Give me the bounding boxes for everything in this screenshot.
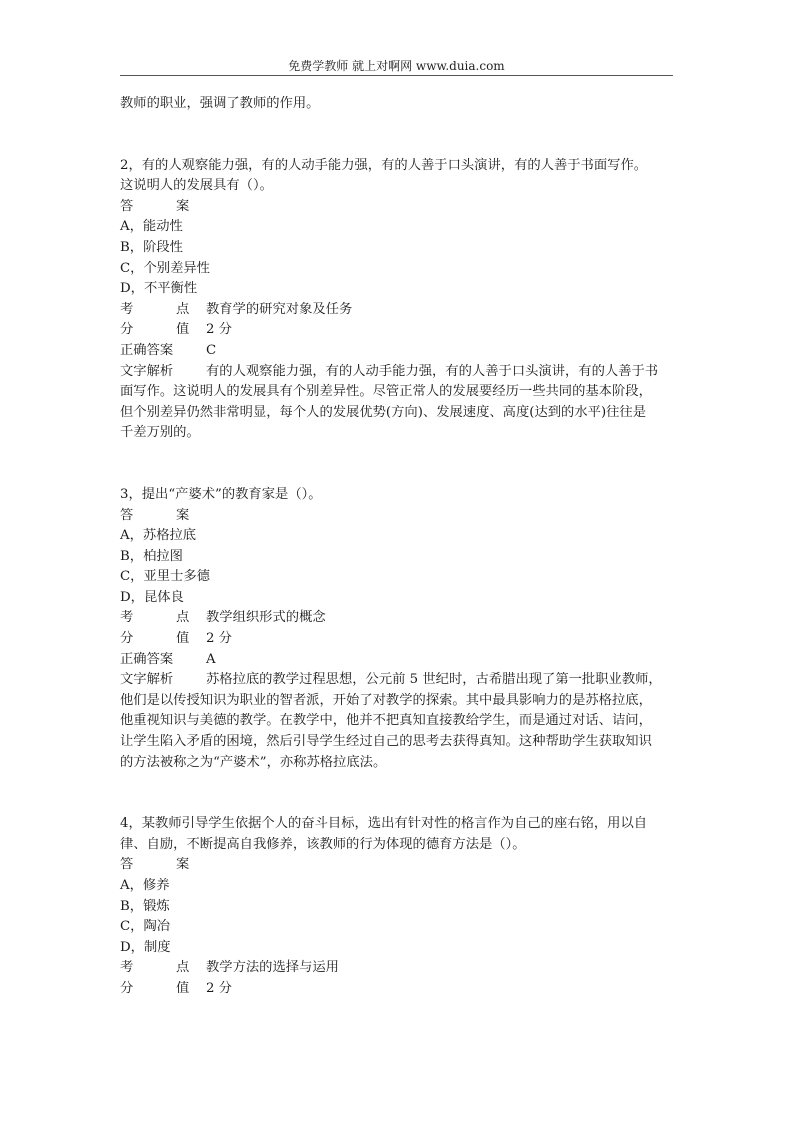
question-3: 3，提出“产婆术”的教育家是（）。 答案 A，苏格拉底 B，柏拉图 C，亚里士多… [120, 485, 676, 773]
score-label: 分值 [120, 629, 206, 650]
topic-row: 考点教学方法的选择与运用 [120, 958, 676, 979]
document-body: 教师的职业，强调了教师的作用。 2，有的人观察能力强，有的人动手能力强，有的人善… [120, 94, 676, 1000]
spacer [120, 115, 676, 156]
spacer [120, 444, 676, 485]
topic-row: 考点教育学的研究对象及任务 [120, 300, 676, 321]
question-stem: 2，有的人观察能力强，有的人动手能力强，有的人善于口头演讲，有的人善于书面写作。 [120, 156, 676, 177]
option-b: B，阶段性 [120, 238, 676, 259]
question-2: 2，有的人观察能力强，有的人动手能力强，有的人善于口头演讲，有的人善于书面写作。… [120, 156, 676, 444]
analysis-text: 苏格拉底的教学过程思想，公元前 5 世纪时，古希腊出现了第一批职业教师， [206, 672, 662, 687]
option-b: B，锻炼 [120, 897, 676, 918]
analysis-text: 但个别差异仍然非常明显，每个人的发展优势(方向)、发展速度、高度(达到的水平)往… [120, 403, 676, 424]
question-stem: 这说明人的发展具有（）。 [120, 176, 676, 197]
spacer [120, 773, 676, 814]
topic-value: 教学组织形式的概念 [206, 610, 326, 625]
topic-value: 教育学的研究对象及任务 [206, 302, 352, 317]
topic-row: 考点教学组织形式的概念 [120, 608, 676, 629]
analysis-text: 面写作。这说明人的发展具有个别差异性。尽管正常人的发展要经历一些共同的基本阶段， [120, 382, 676, 403]
option-a: A，修养 [120, 876, 676, 897]
topic-value: 教学方法的选择与运用 [206, 960, 339, 975]
option-c: C，个别差异性 [120, 259, 676, 280]
analysis-label: 文字解析 [120, 670, 206, 691]
correct-answer-value: C [206, 343, 216, 358]
score-value: 2 分 [206, 631, 232, 646]
score-label: 分值 [120, 320, 206, 341]
question-stem: 3，提出“产婆术”的教育家是（）。 [120, 485, 676, 506]
correct-answer-row: 正确答案C [120, 341, 676, 362]
correct-answer-value: A [206, 652, 216, 667]
header-divider [120, 75, 673, 76]
analysis-row: 文字解析有的人观察能力强，有的人动手能力强，有的人善于口头演讲，有的人善于书 [120, 362, 676, 383]
option-d: D，昆体良 [120, 588, 676, 609]
answer-label: 答案 [120, 855, 676, 876]
answer-label: 答案 [120, 197, 676, 218]
option-b: B，柏拉图 [120, 547, 676, 568]
analysis-label: 文字解析 [120, 362, 206, 383]
carryover-text: 教师的职业，强调了教师的作用。 [120, 94, 676, 115]
topic-label: 考点 [120, 958, 206, 979]
page-header: 免费学教师 就上对啊网 www.duia.com [120, 58, 673, 74]
score-value: 2 分 [206, 981, 232, 996]
score-value: 2 分 [206, 322, 232, 337]
option-d: D，制度 [120, 938, 676, 959]
score-row: 分值2 分 [120, 979, 676, 1000]
analysis-text: 千差万别的。 [120, 423, 676, 444]
score-row: 分值2 分 [120, 629, 676, 650]
correct-answer-row: 正确答案A [120, 650, 676, 671]
correct-answer-label: 正确答案 [120, 341, 206, 362]
question-4: 4，某教师引导学生依据个人的奋斗目标，选出有针对性的格言作为自己的座右铭，用以自… [120, 814, 676, 999]
question-stem: 4，某教师引导学生依据个人的奋斗目标，选出有针对性的格言作为自己的座右铭，用以自 [120, 814, 676, 835]
score-row: 分值2 分 [120, 320, 676, 341]
question-stem: 律、自励，不断提高自我修养，该教师的行为体现的德育方法是（）。 [120, 835, 676, 856]
analysis-text: 他重视知识与美德的教学。在教学中，他并不把真知直接教给学生，而是通过对话、诘问， [120, 711, 676, 732]
analysis-text: 让学生陷入矛盾的困境，然后引导学生经过自己的思考去获得真知。这种帮助学生获取知识 [120, 732, 676, 753]
score-label: 分值 [120, 979, 206, 1000]
option-c: C，陶冶 [120, 917, 676, 938]
analysis-text: 他们是以传授知识为职业的智者派，开始了对教学的探索。其中最具影响力的是苏格拉底， [120, 691, 676, 712]
option-a: A，苏格拉底 [120, 526, 676, 547]
topic-label: 考点 [120, 300, 206, 321]
topic-label: 考点 [120, 608, 206, 629]
analysis-row: 文字解析苏格拉底的教学过程思想，公元前 5 世纪时，古希腊出现了第一批职业教师， [120, 670, 676, 691]
correct-answer-label: 正确答案 [120, 650, 206, 671]
analysis-text: 有的人观察能力强，有的人动手能力强，有的人善于口头演讲，有的人善于书 [206, 364, 658, 379]
option-d: D，不平衡性 [120, 279, 676, 300]
option-a: A，能动性 [120, 217, 676, 238]
option-c: C，亚里士多德 [120, 567, 676, 588]
answer-label: 答案 [120, 506, 676, 527]
analysis-text: 的方法被称之为“产婆术”，亦称苏格拉底法。 [120, 753, 676, 774]
